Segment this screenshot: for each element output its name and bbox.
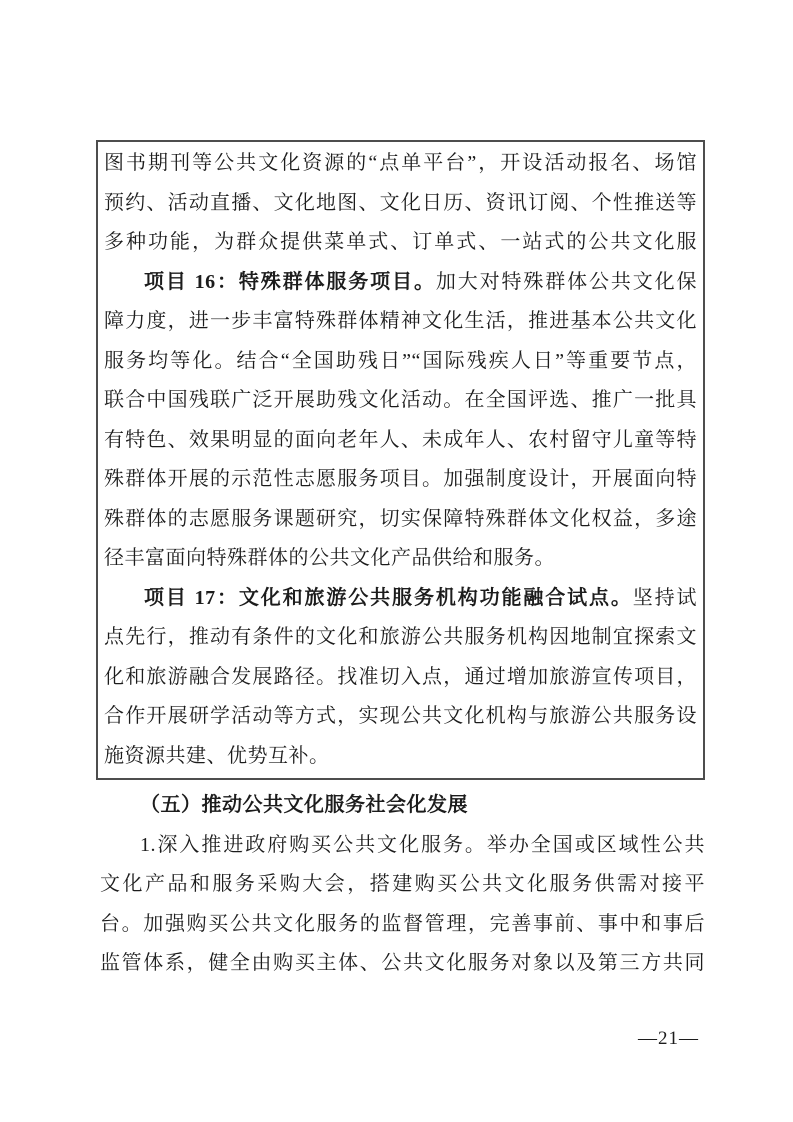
- text-segment: 障力度，进一步丰富特殊群体精神文化生活，推进基本公共文化: [104, 310, 697, 332]
- text-line: 有特色、效果明显的面向老年人、未成年人、农村留守儿童等特: [104, 421, 697, 461]
- text-segment: 文化产品和服务采购大会，搭建购买公共文化服务供需对接平: [100, 873, 705, 895]
- text-segment: 台。加强购买公共文化服务的监督管理，完善事前、事中和事后: [100, 913, 705, 935]
- text-line: 径丰富面向特殊群体的公共文化产品供给和服务。: [104, 539, 697, 579]
- text-segment: 预约、活动直播、文化地图、文化日历、资讯订阅、个性推送等: [104, 192, 697, 214]
- text-segment: 坚持试: [633, 587, 697, 609]
- text-line: 项目 16：特殊群体服务项目。加大对特殊群体公共文化保: [104, 263, 697, 303]
- bold-segment: 项目 16：特殊群体服务项目。: [144, 271, 436, 293]
- text-segment: 加大对特殊群体公共文化保: [436, 271, 697, 293]
- text-line: 殊群体开展的示范性志愿服务项目。加强制度设计，开展面向特: [104, 460, 697, 500]
- text-line: 多种功能，为群众提供菜单式、订单式、一站式的公共文化服务。: [104, 223, 697, 263]
- body-text-block: （五）推动公共文化服务社会化发展 1.深入推进政府购买公共文化服务。举办全国或区…: [100, 786, 705, 984]
- text-segment: 1.深入推进政府购买公共文化服务。举办全国或区域性公共: [140, 834, 705, 856]
- text-segment: 图书期刊等公共文化资源的“点单平台”，开设活动报名、场馆: [104, 152, 697, 174]
- bold-segment: （五）推动公共文化服务社会化发展: [140, 794, 468, 816]
- text-line: 联合中国残联广泛开展助残文化活动。在全国评选、推广一批具: [104, 381, 697, 421]
- text-line: 预约、活动直播、文化地图、文化日历、资讯订阅、个性推送等: [104, 184, 697, 224]
- bold-segment: 项目 17：文化和旅游公共服务机构功能融合试点。: [144, 587, 633, 609]
- text-line: 殊群体的志愿服务课题研究，切实保障特殊群体文化权益，多途: [104, 500, 697, 540]
- text-line: 施资源共建、优势互补。: [104, 737, 697, 777]
- text-segment: 化和旅游融合发展路径。找准切入点，通过增加旅游宣传项目，: [104, 666, 697, 688]
- page-number: —21—: [638, 1028, 699, 1050]
- text-segment: 多种功能，为群众提供菜单式、订单式、一站式的公共文化服务。: [104, 231, 697, 263]
- text-line: 障力度，进一步丰富特殊群体精神文化生活，推进基本公共文化: [104, 302, 697, 342]
- text-segment: 点先行，推动有条件的文化和旅游公共服务机构因地制宜探索文: [104, 626, 697, 648]
- text-segment: 有特色、效果明显的面向老年人、未成年人、农村留守儿童等特: [104, 429, 697, 451]
- text-line: 服务均等化。结合“全国助残日”“国际残疾人日”等重要节点，: [104, 342, 697, 382]
- text-segment: 合作开展研学活动等方式，实现公共文化机构与旅游公共服务设: [104, 705, 697, 727]
- text-segment: 径丰富面向特殊群体的公共文化产品供给和服务。: [104, 547, 555, 569]
- text-line: 项目 17：文化和旅游公共服务机构功能融合试点。坚持试: [104, 579, 697, 619]
- text-line: 点先行，推动有条件的文化和旅游公共服务机构因地制宜探索文: [104, 618, 697, 658]
- boxed-text-block: 图书期刊等公共文化资源的“点单平台”，开设活动报名、场馆 预约、活动直播、文化地…: [96, 140, 705, 780]
- text-line: 合作开展研学活动等方式，实现公共文化机构与旅游公共服务设: [104, 697, 697, 737]
- text-segment: 联合中国残联广泛开展助残文化活动。在全国评选、推广一批具: [104, 389, 697, 411]
- text-line: 文化产品和服务采购大会，搭建购买公共文化服务供需对接平: [100, 865, 705, 905]
- document-page: 图书期刊等公共文化资源的“点单平台”，开设活动报名、场馆 预约、活动直播、文化地…: [0, 0, 793, 1122]
- text-line: 图书期刊等公共文化资源的“点单平台”，开设活动报名、场馆: [104, 144, 697, 184]
- text-segment: 殊群体的志愿服务课题研究，切实保障特殊群体文化权益，多途: [104, 508, 697, 530]
- text-line: 台。加强购买公共文化服务的监督管理，完善事前、事中和事后: [100, 905, 705, 945]
- text-line: 1.深入推进政府购买公共文化服务。举办全国或区域性公共: [100, 826, 705, 866]
- text-segment: 监管体系，健全由购买主体、公共文化服务对象以及第三方共同: [100, 952, 705, 974]
- text-line: 监管体系，健全由购买主体、公共文化服务对象以及第三方共同: [100, 944, 705, 984]
- text-line: 化和旅游融合发展路径。找准切入点，通过增加旅游宣传项目，: [104, 658, 697, 698]
- text-segment: 殊群体开展的示范性志愿服务项目。加强制度设计，开展面向特: [104, 468, 697, 490]
- text-segment: 服务均等化。结合“全国助残日”“国际残疾人日”等重要节点，: [104, 350, 697, 372]
- text-segment: 施资源共建、优势互补。: [104, 745, 330, 767]
- section-heading: （五）推动公共文化服务社会化发展: [100, 786, 705, 826]
